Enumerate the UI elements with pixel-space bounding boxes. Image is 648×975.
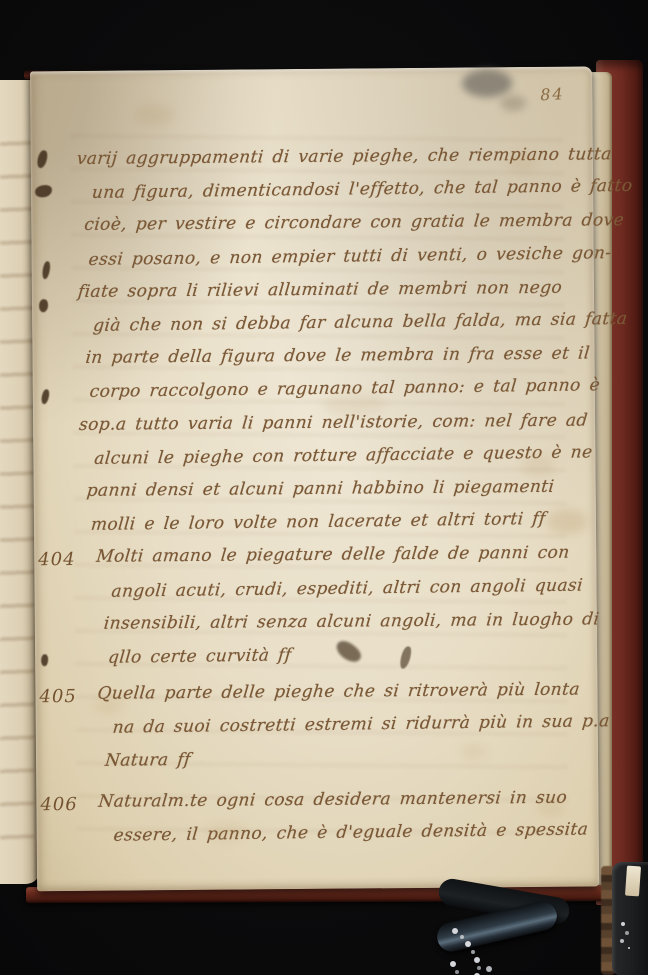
stand-chain-glint	[621, 922, 625, 926]
margin-number-404: 404	[38, 543, 90, 577]
foxing-spot	[134, 104, 174, 126]
page-corner-sliver	[625, 866, 641, 897]
text-line: fiate sopra li rilievi alluminati de mem…	[76, 271, 589, 309]
text-lines: Molti amano le piegature delle falde de …	[34, 537, 591, 675]
verso-text-ghost	[0, 120, 34, 854]
foxing-spot	[507, 153, 537, 173]
text-line: alcuni le pieghe con rotture affacciate …	[93, 436, 591, 476]
text-block-intro: varij aggruppamenti di varie pieghe, che…	[31, 138, 590, 541]
margin-number-405: 405	[39, 680, 91, 714]
text-line: essi posano, e non empier tutti di venti…	[87, 237, 589, 277]
text-line: Molti amano le piegature delle falde de …	[95, 537, 592, 575]
folio-number: 84	[539, 84, 564, 104]
text-line: Natura ff	[103, 740, 593, 777]
smudge	[500, 95, 526, 111]
manuscript-photo: 84 varij aggruppamenti di varie pieghe, …	[0, 0, 648, 975]
text-line: essere, il panno, che è d'eguale densità…	[112, 813, 594, 853]
text-block-405: 405 Quella parte delle pieghe che si rit…	[35, 674, 592, 778]
text-line: angoli acuti, crudi, espediti, altri con…	[110, 569, 592, 609]
text-lines: Quella parte delle pieghe che si ritrove…	[35, 674, 592, 778]
text-line: na da suoi costretti estremi si ridurrà …	[111, 706, 593, 746]
text-block-406: 406 Naturalm.te ogni cosa desidera mante…	[36, 781, 593, 852]
text-line: insensibili, altri senza alcuni angoli, …	[102, 603, 592, 640]
margin-number-406: 406	[40, 788, 92, 822]
manuscript-page: 84 varij aggruppamenti di varie pieghe, …	[30, 66, 599, 891]
text-line: Naturalm.te ogni cosa desidera manteners…	[97, 781, 594, 819]
manuscript-text: varij aggruppamenti di varie pieghe, che…	[31, 138, 593, 852]
text-lines: varij aggruppamenti di varie pieghe, che…	[31, 138, 590, 541]
smudge	[462, 69, 512, 97]
bead-chain	[452, 928, 458, 934]
text-line: cioè, per vestire e circondare con grati…	[83, 205, 589, 243]
text-lines: Naturalm.te ogni cosa desidera manteners…	[36, 781, 593, 852]
text-block-404: 404 Molti amano le piegature delle falde…	[34, 537, 591, 675]
